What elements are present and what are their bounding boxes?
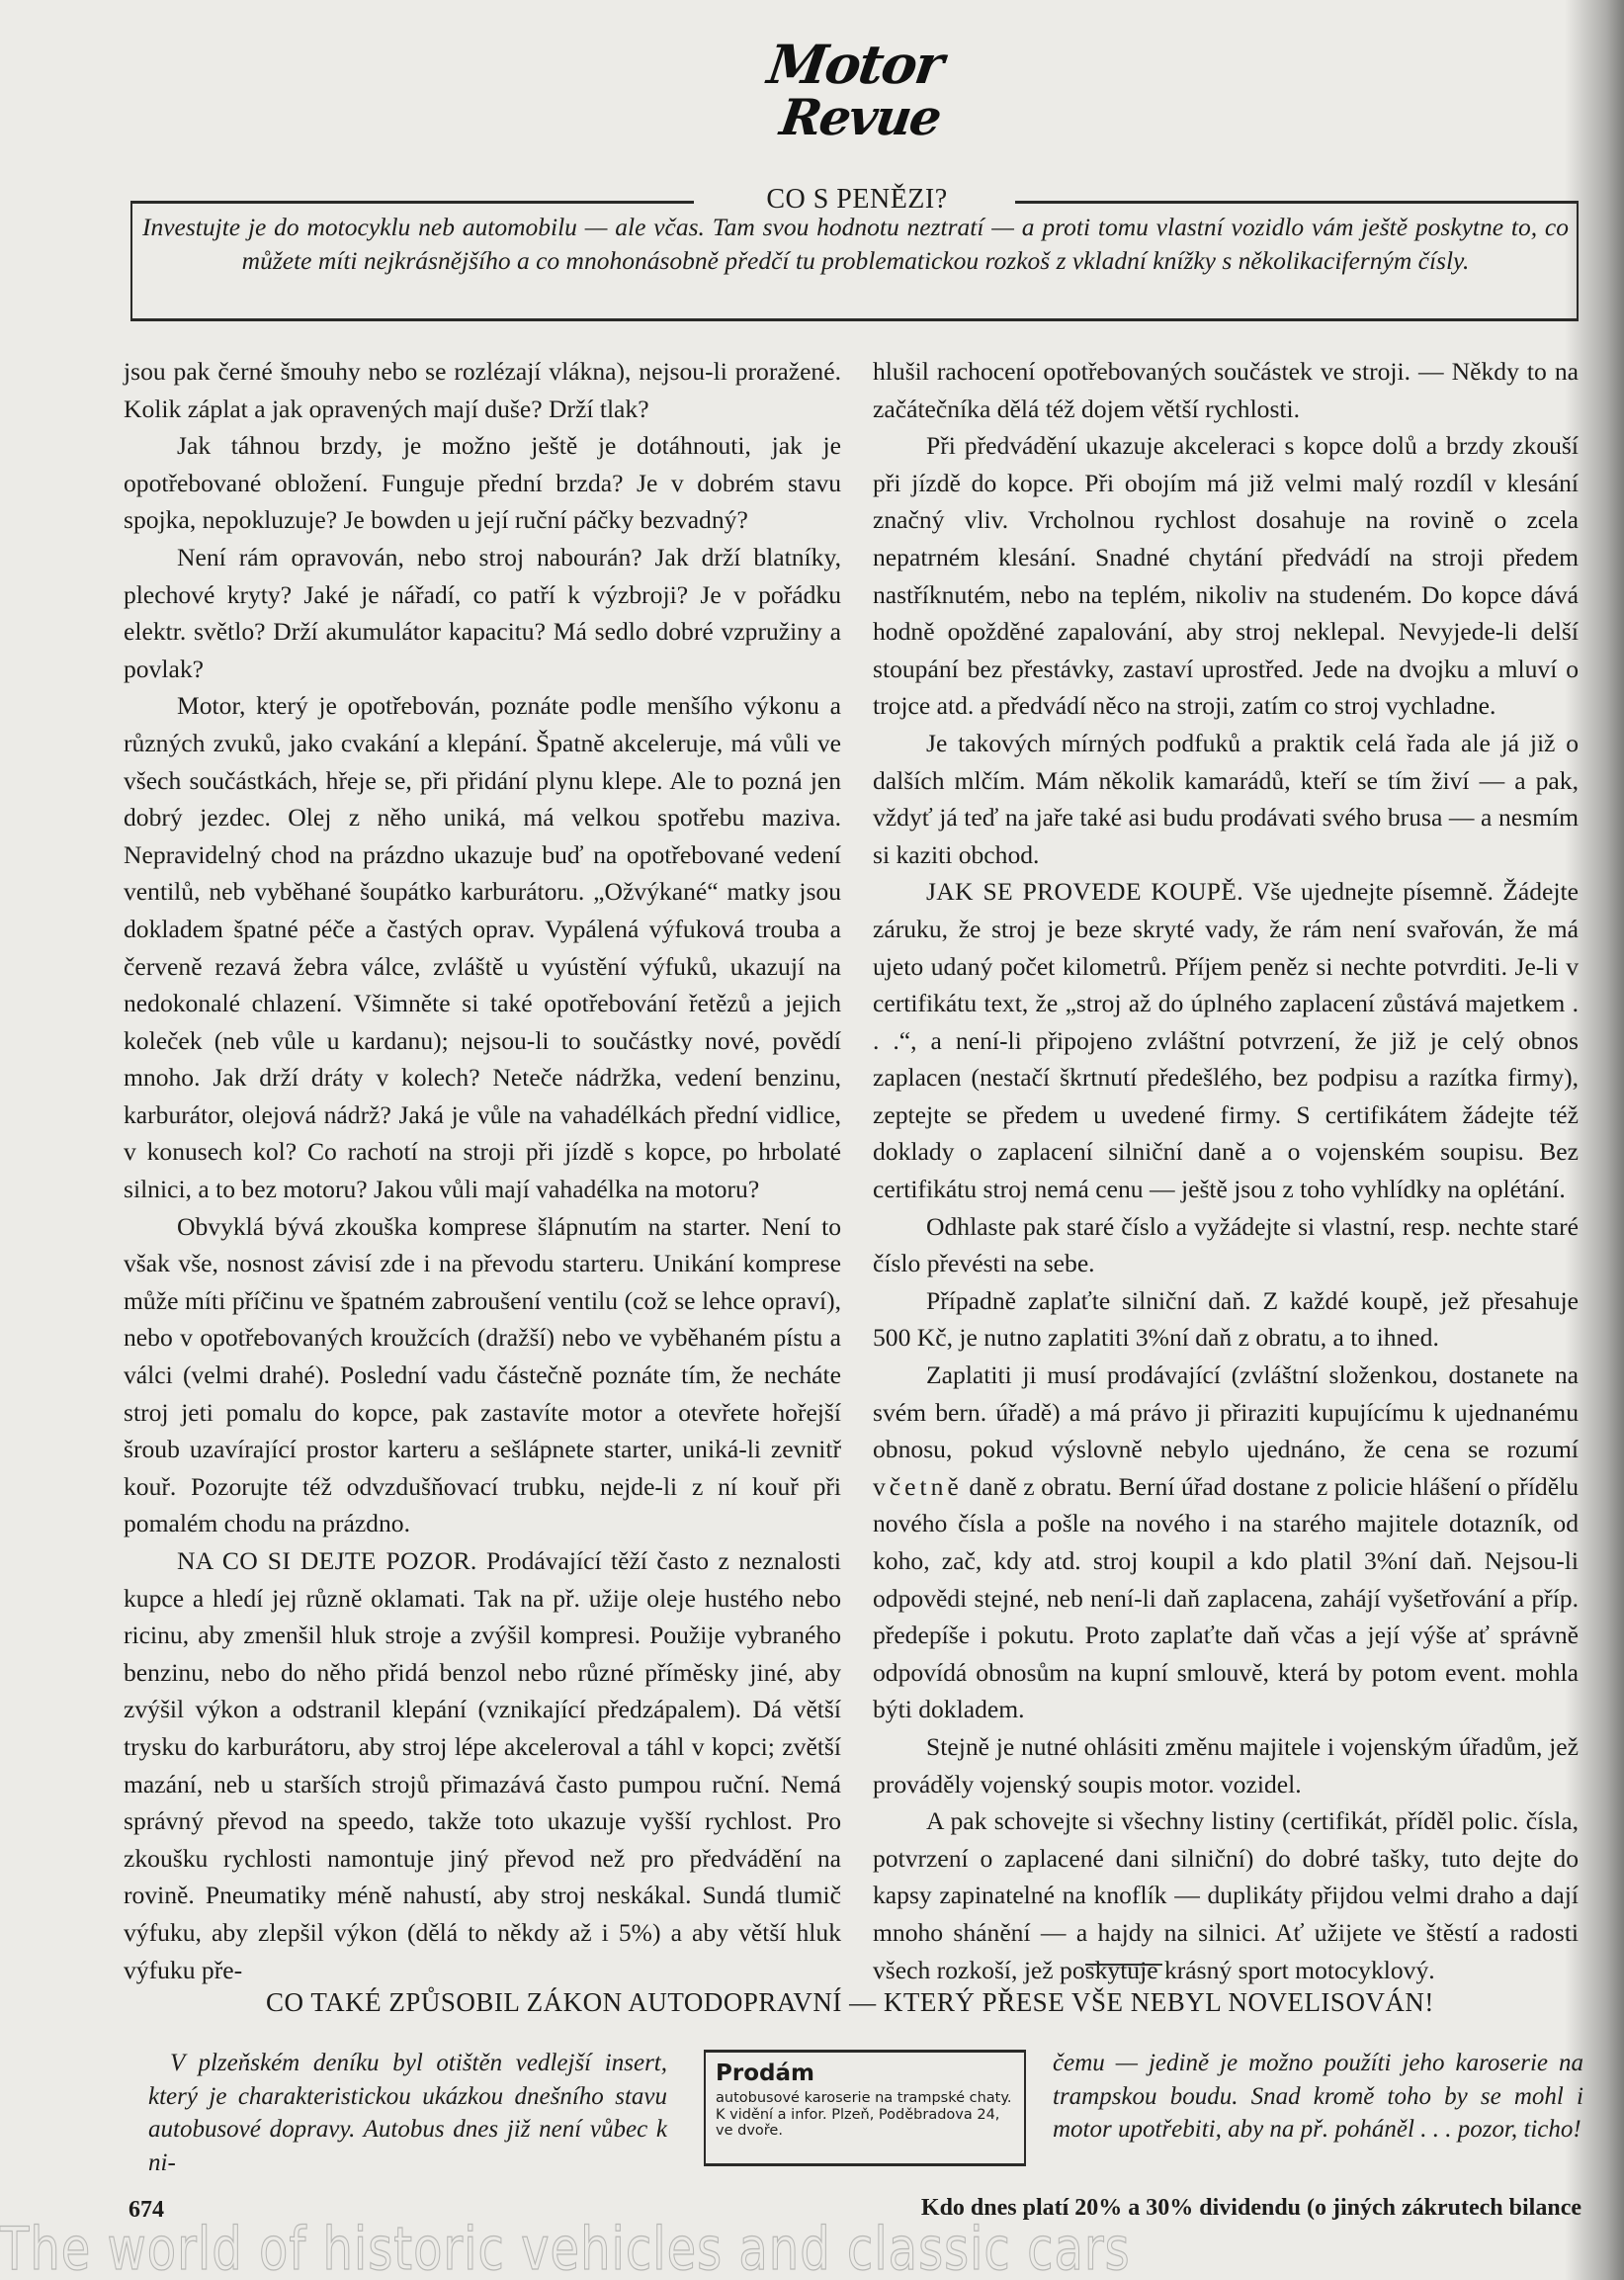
section-lead-na-co-si-dejte-pozor: NA CO SI DEJTE POZOR. [177, 1546, 477, 1575]
article-left-column: jsou pak černé šmouhy nebo se rozlézají … [124, 353, 841, 1988]
sidebar-story-headline: CO TAKÉ ZPŮSOBIL ZÁKON AUTODOPRAVNÍ — KT… [119, 1987, 1581, 2018]
intro-box-text: Investujte je do motocyklu neb automobil… [142, 211, 1569, 278]
logo-line-2: Revue [767, 91, 953, 144]
paragraph-demonstration: Při předvádění ukazuje akceleraci s kopc… [873, 427, 1579, 725]
paragraph-continuation: jsou pak černé šmouhy nebo se rozlézají … [124, 353, 841, 427]
logo-line-1: Motor [757, 38, 953, 91]
next-page-teaser: Kdo dnes platí 20% a 30% dividendu (o ji… [749, 2195, 1581, 2222]
paragraph-body: Prodávající těží často z neznalosti kupc… [124, 1546, 841, 1984]
paragraph-tricks: Je takových mírných podfuků a praktik ce… [873, 725, 1579, 873]
motor-revue-logo: Motor Revue [761, 38, 949, 144]
page-number: 674 [128, 2197, 164, 2224]
paragraph-brakes: Jak táhnou brzdy, je možno ještě je dotá… [124, 427, 841, 539]
article-right-column: hlušil rachocení opotřebovaných součáste… [873, 353, 1579, 1988]
classified-ad-text: autobusové karoserie na trampské chaty. … [716, 2090, 1014, 2140]
paragraph-road-tax: Případně zaplaťte silniční daň. Z každé … [873, 1282, 1579, 1357]
watermark-caption: The world of historic vehicles and class… [0, 2215, 1131, 2280]
classified-ad-title: Prodám [716, 2061, 1014, 2086]
paragraph-engine-wear: Motor, který je opotřebován, poznáte pod… [124, 687, 841, 1207]
section-lead-jak-se-provede-koupe: JAK SE PROVEDE KOUPĚ. [926, 877, 1243, 906]
paragraph-body: Zaplatiti ji musí prodávající (zvláštní … [873, 1360, 1579, 1463]
sidebar-story-text-left: V plzeňském deníku byl otištěn vedlejší … [148, 2047, 667, 2179]
article-end-rule [1085, 1964, 1162, 1966]
emphasis-vcetne: včetně [873, 1472, 963, 1501]
sidebar-story-text-right: čemu — jedině je možno použíti jeho karo… [1053, 2047, 1583, 2147]
paragraph-registration: Odhlaste pak staré číslo a vyžádejte si … [873, 1208, 1579, 1282]
paragraph-continuation: hlušil rachocení opotřebovaných součáste… [873, 353, 1579, 427]
intro-box: Investujte je do motocyklu neb automobil… [130, 203, 1579, 321]
paragraph-body: daně z obratu. Berní úřad dostane z poli… [873, 1472, 1579, 1724]
paragraph-watch-out: NA CO SI DEJTE POZOR. Prodávající těží č… [124, 1542, 841, 1988]
paragraph-military: Stejně je nutné ohlásiti změnu majitele … [873, 1728, 1579, 1802]
paragraph-body: Vše ujednejte písemně. Žádejte záruku, ž… [873, 877, 1579, 1203]
classified-ad: Prodám autobusové karoserie na trampské … [704, 2050, 1026, 2166]
paragraph-frame: Není rám opravován, nebo stroj nabourán?… [124, 539, 841, 687]
paragraph-compression: Obvyklá bývá zkouška komprese šlápnutím … [124, 1208, 841, 1542]
paragraph-documents: A pak schovejte si všechny listiny (cert… [873, 1802, 1579, 1988]
paragraph-turnover-tax: Zaplatiti ji musí prodávající (zvláštní … [873, 1357, 1579, 1728]
paragraph-purchase: JAK SE PROVEDE KOUPĚ. Vše ujednejte píse… [873, 873, 1579, 1207]
